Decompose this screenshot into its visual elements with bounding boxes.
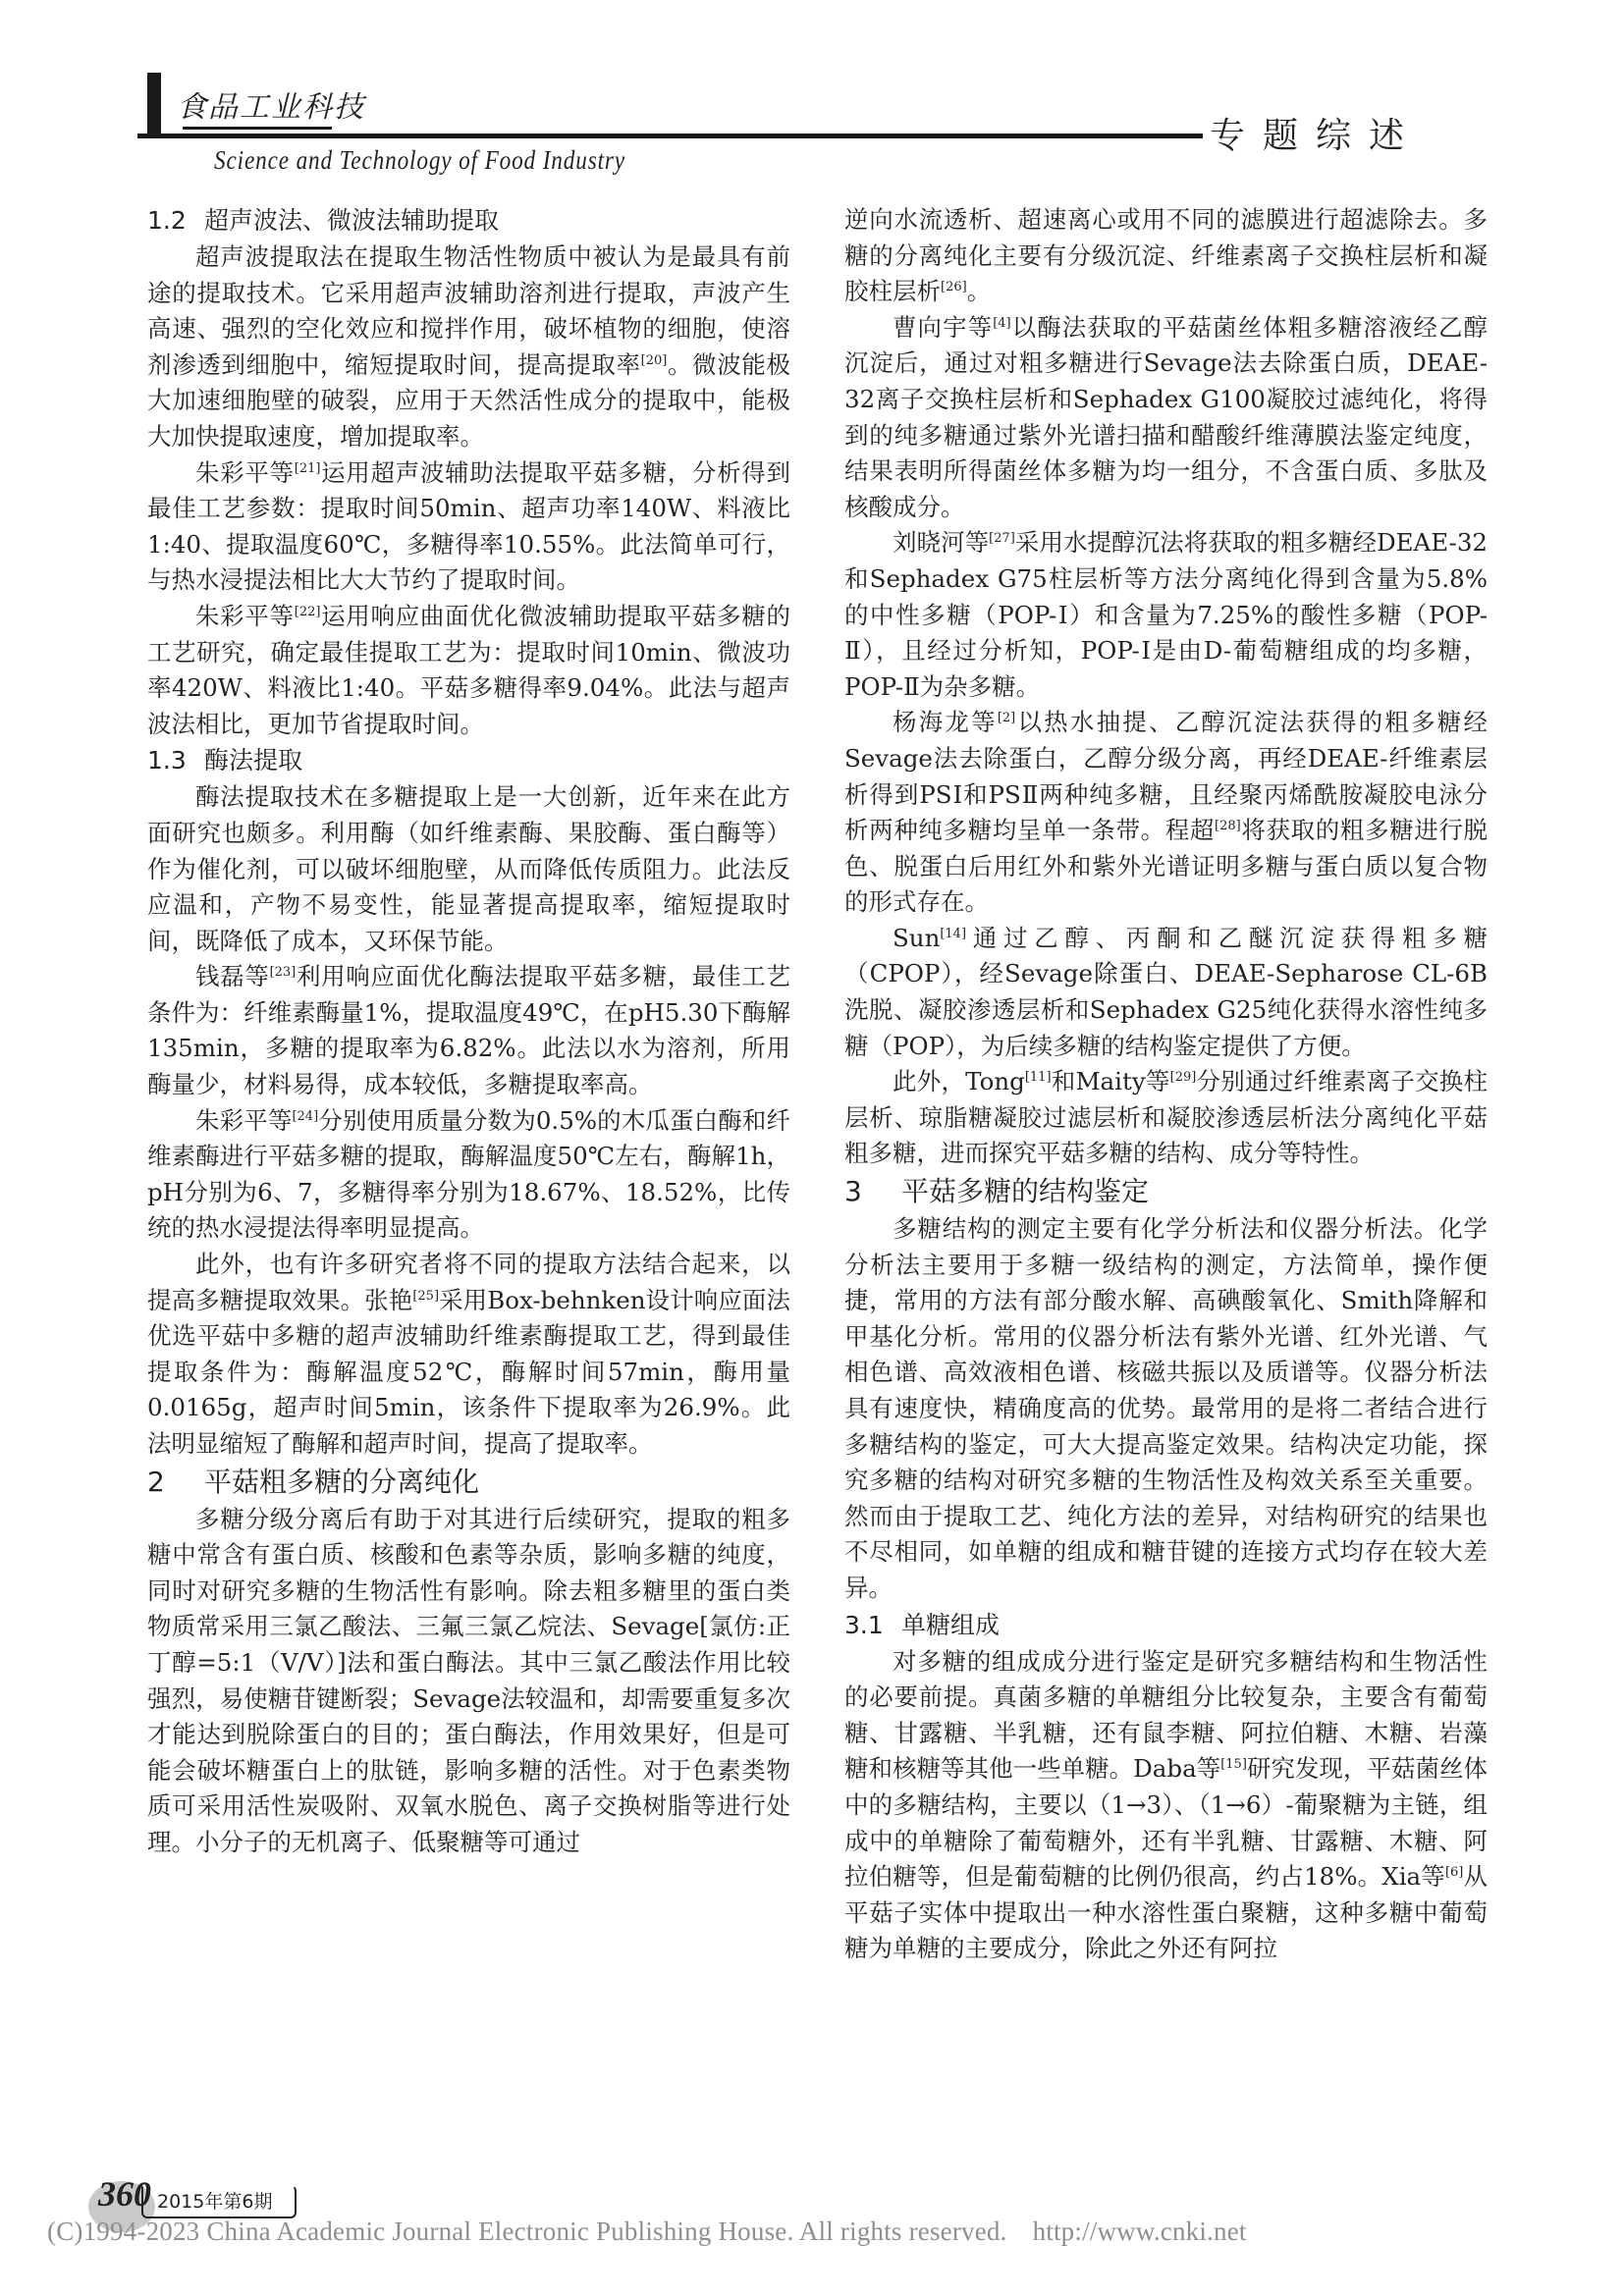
paragraph: 杨海龙等[2]以热水抽提、乙醇沉淀法获得的粗多糖经Sevage法去除蛋白，乙醇分… <box>844 705 1488 921</box>
citation: [14] <box>940 927 966 941</box>
citation: [21] <box>295 461 321 476</box>
citation: [2] <box>998 711 1015 725</box>
citation: [6] <box>1445 1865 1463 1880</box>
section-number: 3 <box>844 1172 901 1211</box>
copyright-notice: (C)1994-2023 China Academic Journal Elec… <box>47 2216 1247 2247</box>
section-title: 平菇粗多糖的分离纯化 <box>204 1466 479 1498</box>
section-title: 单糖组成 <box>901 1611 1000 1639</box>
citation: [25] <box>412 1289 439 1304</box>
journal-title-en: Science and Technology of Food Industry <box>214 145 625 176</box>
issue-label: 2015年第6期 <box>141 2185 297 2218</box>
paragraph: 此外，Tong[11]和Maity等[29]分别通过纤维素离子交换柱层析、琼脂糖… <box>844 1064 1488 1172</box>
paragraph: 多糖分级分离后有助于对其进行后续研究，提取的粗多糖中常含有蛋白质、核酸和色素等杂… <box>147 1502 790 1861</box>
section-title: 酶法提取 <box>204 746 302 774</box>
section-number: 1.3 <box>147 742 204 779</box>
copyright-text: (C)1994-2023 China Academic Journal Elec… <box>47 2216 1007 2246</box>
citation: [22] <box>295 605 321 619</box>
citation: [23] <box>270 965 297 980</box>
section-heading-1-3: 1.3酶法提取 <box>147 742 790 779</box>
paragraph: 钱磊等[23]利用响应面优化酶法提取平菇多糖，最佳工艺条件为：纤维素酶量1%，提… <box>147 959 790 1102</box>
paragraph: 刘晓河等[27]采用水提醇沉法将获取的粗多糖经DEAE-32和Sephadex … <box>844 525 1488 705</box>
section-label: 专题综述 <box>1210 108 1422 158</box>
journal-title-cn: 食品工业科技 <box>177 82 365 126</box>
section-number: 3.1 <box>844 1607 901 1644</box>
paragraph: 此外，也有许多研究者将不同的提取方法结合起来，以提高多糖提取效果。张艳[25]采… <box>147 1247 790 1463</box>
citation: [15] <box>1220 1757 1247 1772</box>
section-heading-2: 2平菇粗多糖的分离纯化 <box>147 1463 790 1502</box>
cnki-link[interactable]: http://www.cnki.net <box>1033 2216 1247 2246</box>
right-column: 逆向水流透析、超速离心或用不同的滤膜进行超滤除去。多糖的分离纯化主要有分级沉淀、… <box>844 202 1488 1967</box>
paragraph: 曹向宇等[4]以酶法获取的平菇菌丝体粗多糖溶液经乙醇沉淀后，通过对粗多糖进行Se… <box>844 310 1488 526</box>
paragraph: 朱彩平等[21]运用超声波辅助法提取平菇多糖，分析得到最佳工艺参数：提取时间50… <box>147 455 790 599</box>
citation: [26] <box>941 280 967 294</box>
section-heading-3-1: 3.1单糖组成 <box>844 1607 1488 1644</box>
citation: [20] <box>641 353 668 368</box>
citation: [29] <box>1170 1070 1197 1085</box>
paragraph: 对多糖的组成成分进行鉴定是研究多糖结构和生物活性的必要前提。真菌多糖的单糖组分比… <box>844 1644 1488 1967</box>
paragraph: 朱彩平等[24]分别使用质量分数为0.5%的木瓜蛋白酶和纤维素酶进行平菇多糖的提… <box>147 1103 790 1247</box>
section-title: 超声波法、微波法辅助提取 <box>204 206 499 235</box>
section-number: 1.2 <box>147 202 204 240</box>
paragraph-continued: 逆向水流透析、超速离心或用不同的滤膜进行超滤除去。多糖的分离纯化主要有分级沉淀、… <box>844 202 1488 310</box>
citation: [24] <box>292 1109 318 1124</box>
left-column: 1.2超声波法、微波法辅助提取 超声波提取法在提取生物活性物质中被认为是最具有前… <box>147 202 790 1861</box>
section-title: 平菇多糖的结构鉴定 <box>901 1175 1149 1207</box>
section-number: 2 <box>147 1463 204 1502</box>
citation: [28] <box>1215 819 1241 833</box>
logo-bar <box>147 73 161 135</box>
paragraph: 朱彩平等[22]运用响应曲面优化微波辅助提取平菇多糖的工艺研究，确定最佳提取工艺… <box>147 599 790 742</box>
paragraph: 超声波提取法在提取生物活性物质中被认为是最具有前途的提取技术。它采用超声波辅助溶… <box>147 240 790 455</box>
section-heading-3: 3平菇多糖的结构鉴定 <box>844 1172 1488 1211</box>
citation: [11] <box>1025 1070 1052 1085</box>
citation: [4] <box>993 316 1010 331</box>
header-rule <box>137 133 1203 138</box>
paragraph: Sun[14]通过乙醇、丙酮和乙醚沉淀获得粗多糖（CPOP），经Sevage除蛋… <box>844 921 1488 1064</box>
section-heading-1-2: 1.2超声波法、微波法辅助提取 <box>147 202 790 240</box>
logo-underline <box>183 127 332 130</box>
paragraph: 酶法提取技术在多糖提取上是一大创新，近年来在此方面研究也颇多。利用酶（如纤维素酶… <box>147 779 790 959</box>
paragraph: 多糖结构的测定主要有化学分析法和仪器分析法。化学分析法主要用于多糖一级结构的测定… <box>844 1211 1488 1607</box>
citation: [27] <box>989 531 1015 546</box>
